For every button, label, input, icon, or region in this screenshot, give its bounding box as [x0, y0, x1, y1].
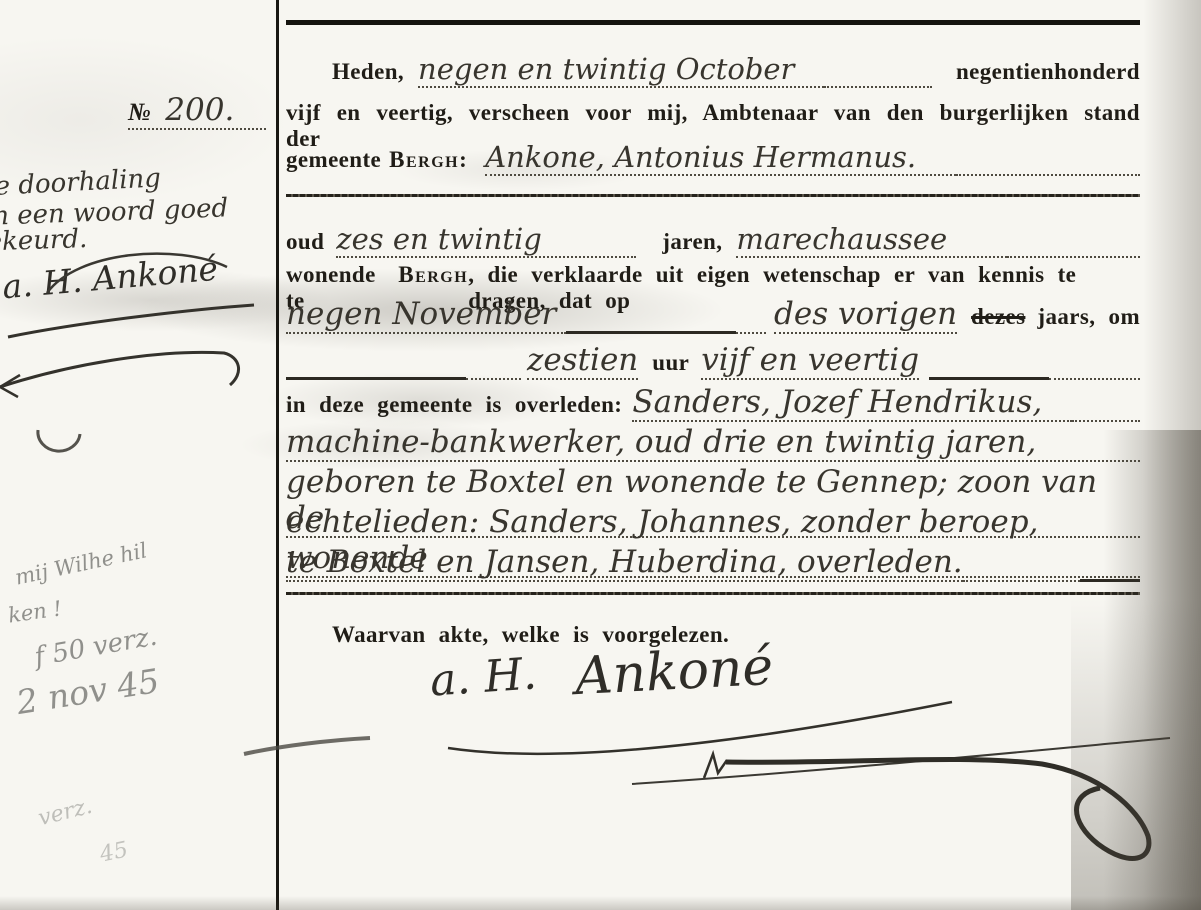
section-rule-2	[286, 592, 1140, 595]
blank-line-fill	[956, 170, 1140, 176]
blank-line-fill	[1049, 374, 1140, 380]
pen-stroke-blank	[566, 326, 736, 334]
pencil-scribble1: verz.	[36, 794, 95, 831]
official-signature-flourish	[280, 636, 1200, 886]
struck-word-dezes: dezes	[971, 304, 1025, 330]
handwritten-parents2: te Boxtel en Jansen, Huberdina, overlede…	[286, 544, 963, 582]
handwritten-age: zes en twintig	[336, 222, 636, 258]
printed-uur: uur	[652, 350, 689, 376]
scan-corner-shadow	[1071, 430, 1201, 910]
handwritten-deceased-details1: machine-bankwerker, oud drie en twintig …	[286, 424, 1036, 460]
pencil-note-line1: mij Wilhe hil	[13, 538, 149, 589]
act-number-value: 200.	[165, 92, 234, 128]
handwritten-des-vorigen: des vorigen	[774, 296, 957, 334]
body-line-oud: oud zes en twintig jaren, marechaussee	[286, 222, 1140, 258]
pencil-note-line4: 2 nov 45	[14, 661, 162, 722]
printed-heden: Heden,	[332, 59, 404, 85]
handwritten-occupation: marechaussee	[736, 222, 1007, 258]
printed-overleden-label: in deze gemeente is overleden:	[286, 392, 622, 418]
blank-line-fill	[824, 82, 932, 88]
printed-gemeente: gemeente	[286, 147, 381, 173]
body-line-death-date: negen November des vorigen dezes jaars, …	[286, 296, 1140, 334]
body-line-time: zestien uur vijf en veertig	[286, 342, 1140, 380]
blank-line-fill	[1007, 252, 1140, 258]
body-line-overleden: in deze gemeente is overleden: Sanders, …	[286, 384, 1140, 422]
pencil-scribble2: 45	[98, 837, 131, 867]
pen-stroke-blank	[929, 372, 1049, 380]
handwritten-hour: zestien	[527, 342, 638, 380]
blank-line-fill	[736, 328, 766, 334]
handwritten-date: negen en twintig October	[418, 52, 824, 88]
section-rule-1	[286, 194, 1140, 197]
printed-bergh: Bergh	[389, 147, 459, 173]
margin-circle-mark	[32, 422, 92, 472]
blank-line-fill	[1072, 416, 1140, 422]
printed-jaars-om: jaars, om	[1037, 304, 1140, 330]
handwritten-official-name: Ankone, Antonius Hermanus.	[485, 140, 956, 176]
printed-jaren: jaren,	[662, 229, 722, 255]
pen-stroke-blank	[286, 372, 466, 380]
handwritten-deceased-name: Sanders, Jozef Hendrikus,	[632, 384, 1072, 422]
blank-line-fill	[466, 374, 521, 380]
printed-negentienhonderd: negentienhonderd	[956, 59, 1140, 85]
handwritten-death-date: negen November	[286, 296, 566, 334]
body-line-gemeente: gemeente Bergh : Ankone, Antonius Herman…	[286, 140, 1140, 176]
number-symbol: №	[128, 99, 151, 127]
printed-colon: :	[459, 147, 467, 173]
body-line-heden: Heden, negen en twintig October negentie…	[286, 52, 1140, 88]
body-line-parents2: te Boxtel en Jansen, Huberdina, overlede…	[286, 544, 1140, 582]
body-line-occupation-age: machine-bankwerker, oud drie en twintig …	[286, 424, 1140, 462]
handwritten-minutes: vijf en veertig	[701, 342, 919, 380]
margin-divider-rule	[276, 0, 279, 910]
printed-bergh-2: Bergh	[398, 262, 468, 288]
blank-line-fill	[963, 576, 1080, 582]
printed-oud: oud	[286, 229, 324, 255]
pencil-note-line2: ken !	[7, 596, 64, 627]
scan-bottom-shadow	[0, 896, 1201, 910]
scanned-death-certificate: { "document_type": "Dutch civil death re…	[0, 0, 1201, 910]
top-rule	[286, 20, 1140, 25]
act-number: № 200.	[128, 92, 266, 130]
